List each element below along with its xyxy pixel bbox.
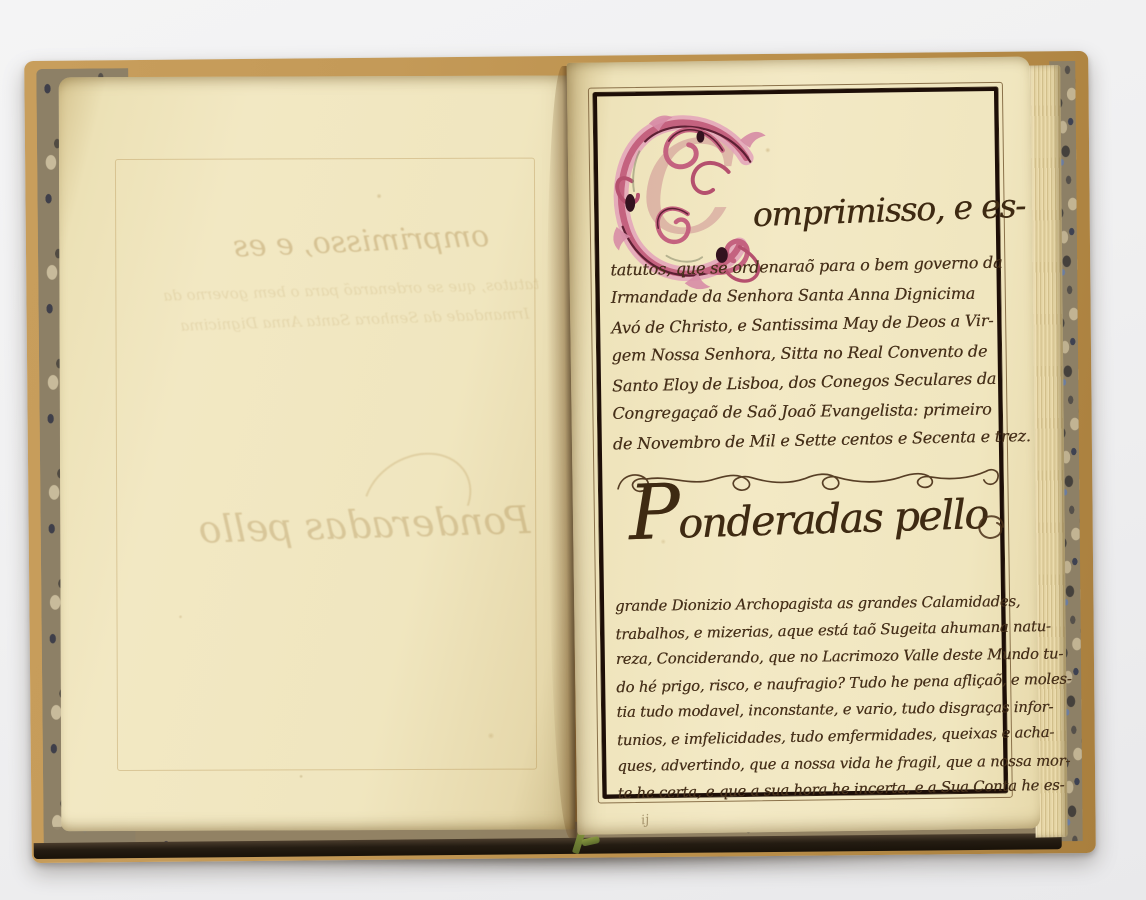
section-heading-calligraphy: Ponderadas pello	[628, 490, 988, 549]
manuscript-book: omprimisso, e es tatutos, que se ordenar…	[24, 51, 1096, 863]
left-page: omprimisso, e es tatutos, que se ordenar…	[59, 75, 576, 831]
right-page: C	[567, 56, 1041, 834]
heading-swash-curl-icon	[973, 511, 1007, 545]
title-paragraph: tatutos, que se ordenaraõ para o bem gov…	[610, 249, 994, 457]
ink-rule-frame: C	[593, 87, 1008, 799]
body-paragraph: grande Dionizio Archopagista as grandes …	[615, 589, 999, 807]
frame-content: C	[605, 95, 996, 790]
photo-backdrop: omprimisso, e es tatutos, que se ordenar…	[0, 0, 1146, 900]
initial-letter-p: P	[627, 467, 679, 557]
page-signature-mark: ij	[640, 812, 650, 828]
manuscript-line: de Novembro de Mil e Sette centos e Sece…	[613, 422, 995, 459]
title-calligraphy: omprimisso, e es-	[752, 186, 1026, 234]
manuscript-line: te he certa, e que a sua hora he incerta…	[618, 774, 999, 808]
